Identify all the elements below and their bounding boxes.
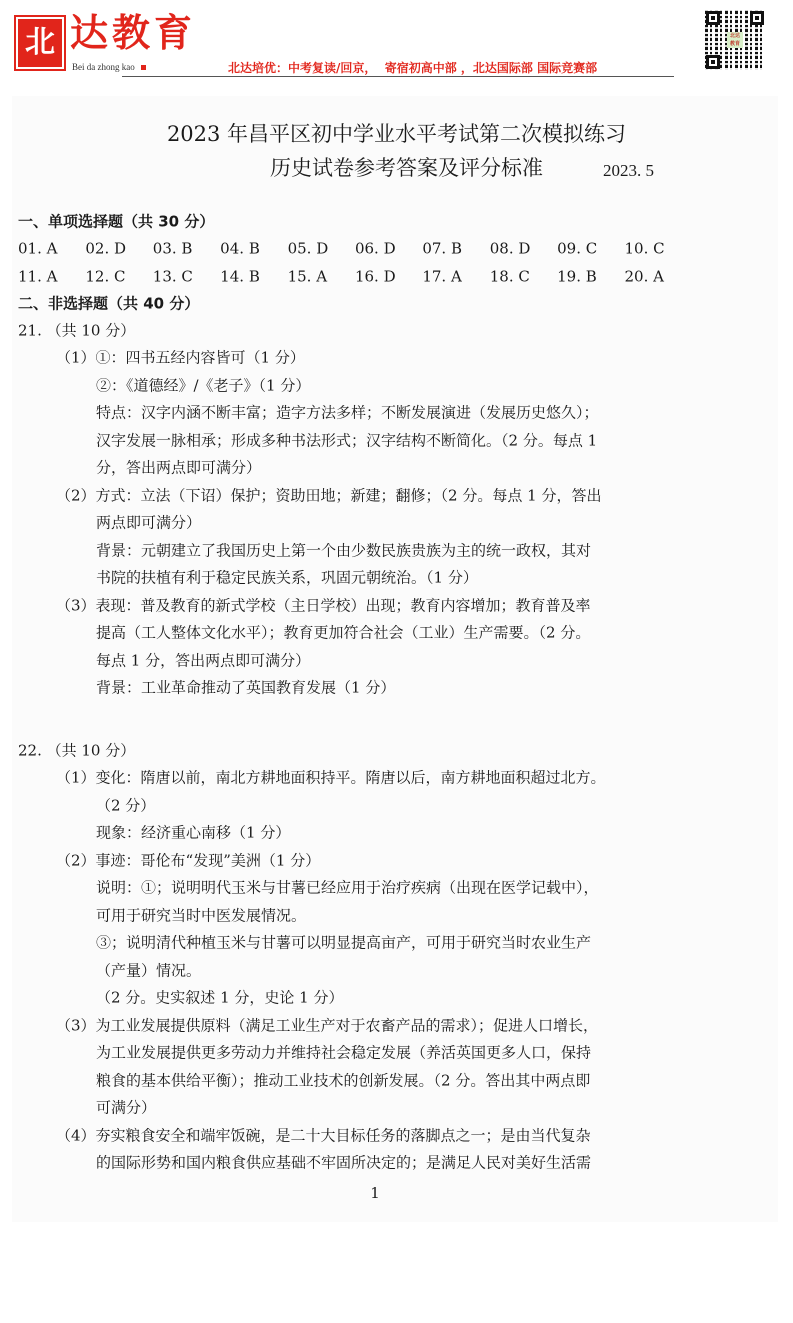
qr-center-logo: 北达 教育 <box>727 32 743 48</box>
answer-row-2: 11. A12. C13. C14. B15. A16. D17. A18. C… <box>18 270 692 285</box>
logo-text: 达教育 <box>70 14 196 52</box>
answer-item: 03. B <box>153 242 220 257</box>
answer-item: 20. A <box>625 270 692 285</box>
answer-line: （2）方式：立法（下诏）保护；资助田地；新建；翻修；（2 分。每点 1 分，答出 <box>56 489 601 504</box>
answer-line: （2 分。史实叙述 1 分，史论 1 分） <box>96 991 343 1006</box>
answer-line: 现象：经济重心南移（1 分） <box>96 826 290 841</box>
answer-line: 两点即可满分） <box>96 516 201 531</box>
answer-item: 15. A <box>288 270 355 285</box>
logo-seal-icon: 北 <box>16 17 64 69</box>
header-divider <box>122 76 674 77</box>
answer-line: 特点：汉字内涵不断丰富；造字方法多样；不断发展演进（发展历史悠久）； <box>96 406 599 421</box>
answer-item: 02. D <box>85 242 152 257</box>
answer-line: 每点 1 分，答出两点即可满分） <box>96 654 310 669</box>
answer-item: 10. C <box>625 242 692 257</box>
answer-line: （1）变化：隋唐以前，南北方耕地面积持平。隋唐以后，南方耕地面积超过北方。 <box>56 771 606 786</box>
answer-item: 05. D <box>288 242 355 257</box>
answer-item: 19. B <box>557 270 624 285</box>
answer-line: 可满分） <box>96 1101 156 1116</box>
qr-finder-icon <box>706 55 720 69</box>
document-subtitle: 历史试卷参考答案及评分标准 <box>270 156 543 180</box>
document-date: 2023. 5 <box>603 162 654 179</box>
answer-item: 01. A <box>18 242 85 257</box>
answer-item: 07. B <box>422 242 489 257</box>
document-subtitle-row: 历史试卷参考答案及评分标准 2023. 5 <box>0 158 793 179</box>
page-number: 1 <box>0 1184 750 1202</box>
answer-line: 说明：①；说明明代玉米与甘薯已经应用于治疗疾病（出现在医学记载中）， <box>96 881 599 896</box>
answer-line: （2）事迹：哥伦布“发现”美洲（1 分） <box>56 854 320 869</box>
answer-line: 粮食的基本供给平衡）；推动工业技术的创新发展。（2 分。答出其中两点即 <box>96 1074 590 1089</box>
answer-line: 22. （共 10 分） <box>18 744 135 759</box>
answer-line: ②：《道德经》/《老子》（1 分） <box>96 379 310 394</box>
answer-item: 04. B <box>220 242 287 257</box>
answer-line: 21. （共 10 分） <box>18 324 135 339</box>
answer-line: （3）表现：普及教育的新式学校（主日学校）出现；教育内容增加；教育普及率 <box>56 599 591 614</box>
answer-line: 背景：工业革命推动了英国教育发展（1 分） <box>96 681 395 696</box>
answer-item: 11. A <box>18 270 85 285</box>
answer-item: 06. D <box>355 242 422 257</box>
answer-item: 08. D <box>490 242 557 257</box>
answer-item: 17. A <box>422 270 489 285</box>
answer-line: 背景：元朝建立了我国历史上第一个由少数民族贵族为主的统一政权，其对 <box>96 544 591 559</box>
answer-line: 汉字发展一脉相承；形成多种书法形式；汉字结构不断简化。（2 分。每点 1 <box>96 434 597 449</box>
answer-line: （3）为工业发展提供原料（满足工业生产对于农畜产品的需求）；促进人口增长， <box>56 1019 598 1034</box>
logo-subtitle: Bei da zhong kao <box>72 62 146 72</box>
section-heading-open-questions: 二、非选择题（共 40 分） <box>18 297 199 312</box>
answer-line: 的国际形势和国内粮食供应基础不牢固所决定的；是满足人民对美好生活需 <box>96 1156 591 1171</box>
answer-item: 12. C <box>85 270 152 285</box>
qr-code-icon: 北达 教育 <box>705 10 765 70</box>
answer-line: 分，答出两点即可满分） <box>96 461 261 476</box>
answer-item: 16. D <box>355 270 422 285</box>
section-heading-multiple-choice: 一、单项选择题（共 30 分） <box>18 215 214 230</box>
answer-line: （4）夯实粮食安全和端牢饭碗，是二十大目标任务的落脚点之一；是由当代复杂 <box>56 1129 591 1144</box>
answer-line: ③；说明清代种植玉米与甘薯可以明显提高亩产，可用于研究当时农业生产 <box>96 936 591 951</box>
header-slogan: 北达培优：中考复读/回京， 寄宿初高中部 ，北达国际部 国际竞赛部 <box>228 59 597 76</box>
logo-subtitle-text: Bei da zhong kao <box>72 62 135 72</box>
answer-line: 为工业发展提供更多劳动力并维持社会稳定发展（养活英国更多人口，保持 <box>96 1046 591 1061</box>
letterhead: 北 达教育 Bei da zhong kao 北达培优：中考复读/回京， 寄宿初… <box>0 0 793 90</box>
answer-line: 书院的扶植有利于稳定民族关系，巩固元朝统治。（1 分） <box>96 571 478 586</box>
answer-line: （产量）情况。 <box>96 964 201 979</box>
document-title: 2023 年昌平区初中学业水平考试第二次模拟练习 <box>0 124 793 145</box>
answer-item: 18. C <box>490 270 557 285</box>
answer-item: 14. B <box>220 270 287 285</box>
answer-item: 09. C <box>557 242 624 257</box>
qr-finder-icon <box>706 11 720 25</box>
answer-row-1: 01. A02. D03. B04. B05. D06. D07. B08. D… <box>18 242 692 257</box>
answer-line: 可用于研究当时中医发展情况。 <box>96 909 306 924</box>
answer-line: 提高（工人整体文化水平）；教育更加符合社会（工业）生产需要。（2 分。 <box>96 626 590 641</box>
answer-line: （2 分） <box>96 799 155 814</box>
qr-finder-icon <box>750 11 764 25</box>
answer-line: （1）①：四书五经内容皆可（1 分） <box>56 351 305 366</box>
answer-item: 13. C <box>153 270 220 285</box>
square-bullet-icon <box>141 65 146 70</box>
